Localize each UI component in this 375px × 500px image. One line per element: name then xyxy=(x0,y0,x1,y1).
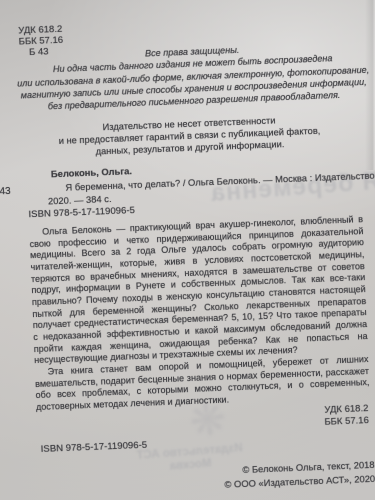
copyright-block: © Белоконь Ольга, текст, 2018 © ООО «Изд… xyxy=(224,458,375,491)
annotation-text: Ольга Белоконь — практикующий врач акуше… xyxy=(29,214,370,413)
annotation-paragraph-1: Ольга Белоконь — практикующий врач акуше… xyxy=(29,214,368,367)
bibliographic-record: Белоконь, Ольга. Я беременна, что делать… xyxy=(47,154,375,208)
margin-catalog-code: 43 xyxy=(0,186,11,197)
imprint-page: Я беременна ❋ Издательство АСТ Москва УД… xyxy=(0,0,375,500)
publisher-disclaimer: Издательство не несет ответственности и … xyxy=(0,110,375,162)
classification-codes-bottom: УДК 618.2 ББК 57.16 xyxy=(324,403,369,429)
isbn-number: ISBN 978-5-17-119096-5 xyxy=(28,205,135,220)
bbk-code-top: ББК 57.16 xyxy=(18,35,63,48)
bbk-code-bottom: ББК 57.16 xyxy=(324,415,369,429)
